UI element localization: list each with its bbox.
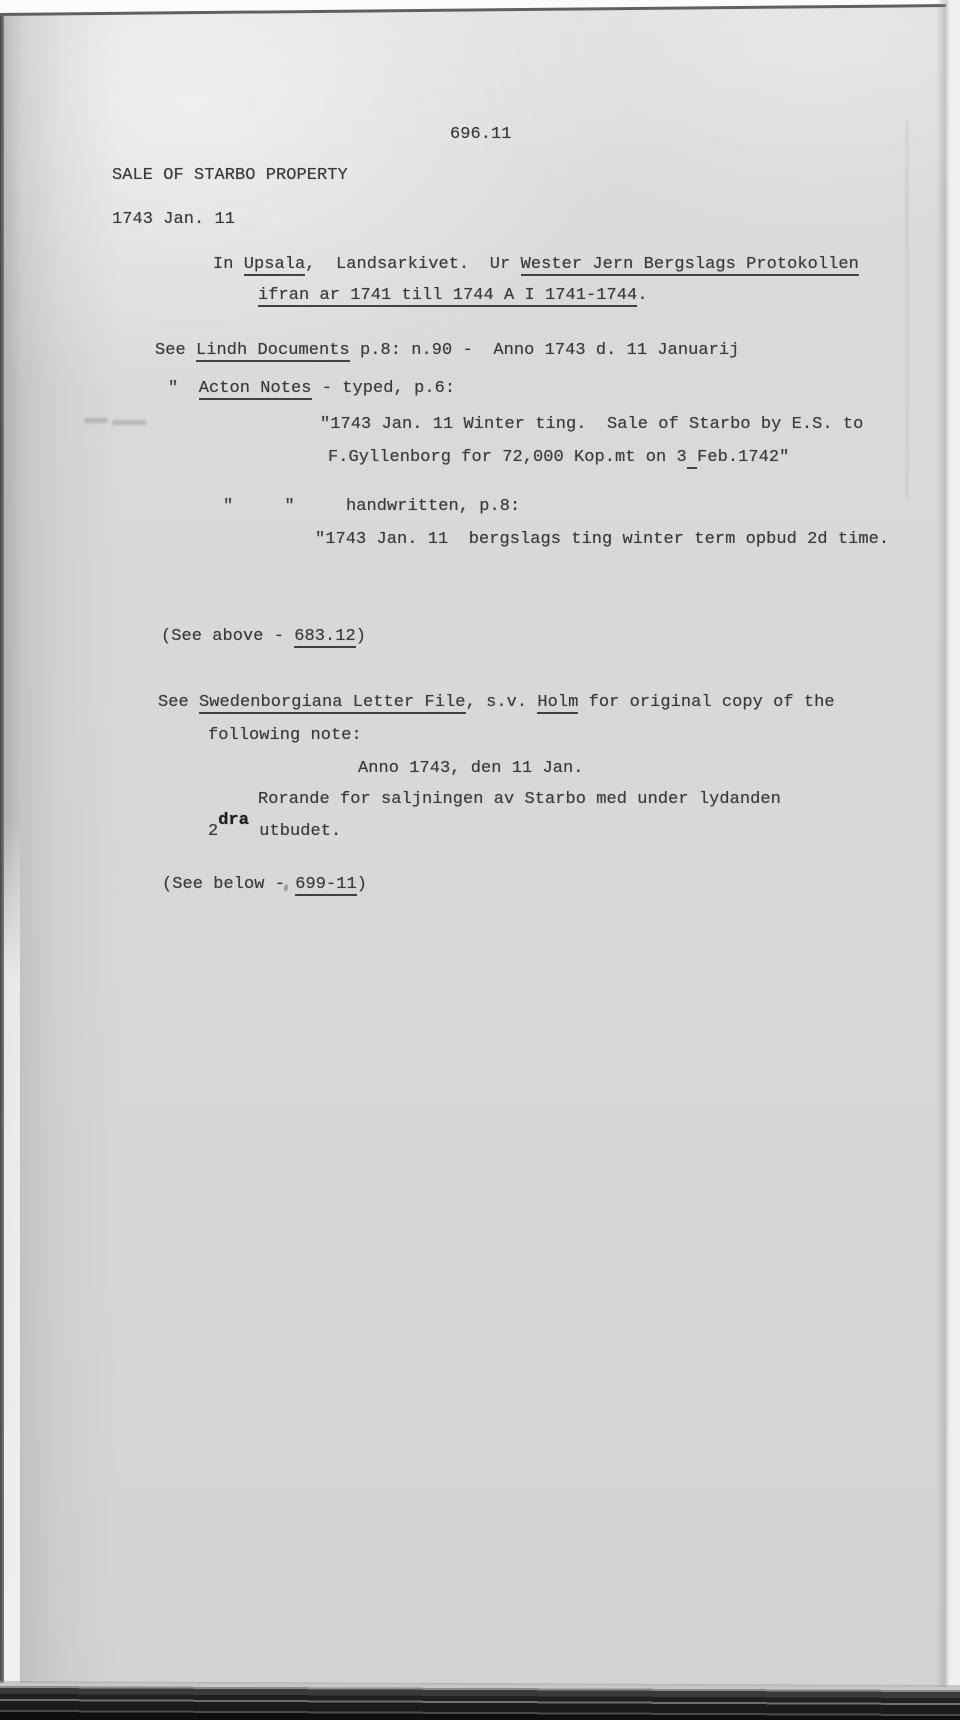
title: SALE OF STARBO PROPERTY xyxy=(112,165,348,187)
handwritten-quote: "1743 Jan. 11 bergslags ting winter term… xyxy=(315,529,889,551)
lindh-reference: See Lindh Documents p.8: n.90 - Anno 174… xyxy=(155,340,739,362)
underlined-text: 683.12 xyxy=(294,627,356,648)
text-segment: See xyxy=(158,693,199,712)
note-line-2: 2dra utbudet. xyxy=(208,821,341,843)
acton-quote-line-1: "1743 Jan. 11 Winter ting. Sale of Starb… xyxy=(320,414,863,436)
text-segment: 1743 Jan. 11 xyxy=(112,210,235,229)
text-segment: F.Gyllenborg for 72,000 Kop.mt on 3 xyxy=(328,448,687,467)
text-segment: " " handwritten, p.8: xyxy=(223,497,520,516)
underlined-text: Swedenborgiana Letter File xyxy=(199,693,466,714)
text-segment: 696.11 xyxy=(450,125,512,144)
underlined-text xyxy=(687,448,697,469)
underlined-text: 699-11 xyxy=(295,875,357,896)
note-date: Anno 1743, den 11 Jan. xyxy=(358,758,584,780)
acton-quote-line-2: F.Gyllenborg for 72,000 Kop.mt on 3 Feb.… xyxy=(328,447,789,469)
handwritten-heading: " " handwritten, p.8: xyxy=(223,496,520,518)
text-segment: " xyxy=(168,379,199,398)
text-segment: for original copy of the xyxy=(578,693,834,712)
document-text: 696.11SALE OF STARBO PROPERTY1743 Jan. 1… xyxy=(0,0,960,1720)
text-segment: ) xyxy=(356,627,366,646)
see-above-reference: (See above - 683.12) xyxy=(161,626,366,648)
text-segment: (See above - xyxy=(161,627,294,646)
text-segment: (See below - xyxy=(162,875,295,894)
text-segment: SALE OF STARBO PROPERTY xyxy=(112,166,348,185)
text-segment: Rorande for saljningen av Starbo med und… xyxy=(258,790,781,809)
see-below-reference: (See below - 699-11) xyxy=(162,874,367,896)
text-segment: "1743 Jan. 11 Winter ting. Sale of Starb… xyxy=(320,415,863,434)
underlined-text: Upsala xyxy=(244,255,306,276)
text-segment: Feb.1742" xyxy=(697,448,789,467)
text-segment: See xyxy=(155,341,196,360)
text-segment: ) xyxy=(357,875,367,894)
text-segment: utbudet. xyxy=(249,822,341,841)
swedenborgiana-reference-2: following note: xyxy=(208,725,362,747)
erasure-smudge xyxy=(112,420,146,425)
underlined-text: Holm xyxy=(537,693,578,714)
text-segment: In xyxy=(213,255,244,274)
swedenborgiana-reference-1: See Swedenborgiana Letter File, s.v. Hol… xyxy=(158,692,835,714)
erasure-smudge xyxy=(84,418,108,423)
text-segment: - typed, p.6: xyxy=(312,379,456,398)
source-line-1: In Upsala, Landsarkivet. Ur Wester Jern … xyxy=(213,254,859,276)
text-segment: "1743 Jan. 11 bergslags ting winter term… xyxy=(315,530,889,549)
underlined-text: ifran ar 1741 till 1744 A I 1741-1744 xyxy=(258,286,637,307)
underlined-text: Lindh Documents xyxy=(196,341,350,362)
text-segment: following note: xyxy=(208,726,362,745)
text-segment: Anno 1743, den 11 Jan. xyxy=(358,759,584,778)
note-line-1: Rorande for saljningen av Starbo med und… xyxy=(258,789,781,811)
scan-book-edge xyxy=(0,1683,960,1720)
text-segment: , Landsarkivet. Ur xyxy=(305,255,520,274)
underlined-text: Acton Notes xyxy=(199,379,312,400)
source-line-2: ifran ar 1741 till 1744 A I 1741-1744. xyxy=(258,285,648,307)
text-segment: p.8: n.90 - Anno 1743 d. 11 Januarij xyxy=(350,341,740,360)
reference-number: 696.11 xyxy=(450,124,512,146)
scanned-document: 696.11SALE OF STARBO PROPERTY1743 Jan. 1… xyxy=(0,0,960,1720)
text-segment: , s.v. xyxy=(466,693,538,712)
text-segment: . xyxy=(637,286,647,305)
acton-notes-heading: " Acton Notes - typed, p.6: xyxy=(168,378,455,400)
underlined-text: Wester Jern Bergslags Protokollen xyxy=(521,255,859,276)
superscript-text: dra xyxy=(218,811,249,830)
text-segment: 2 xyxy=(208,822,218,841)
date-heading: 1743 Jan. 11 xyxy=(112,209,235,231)
